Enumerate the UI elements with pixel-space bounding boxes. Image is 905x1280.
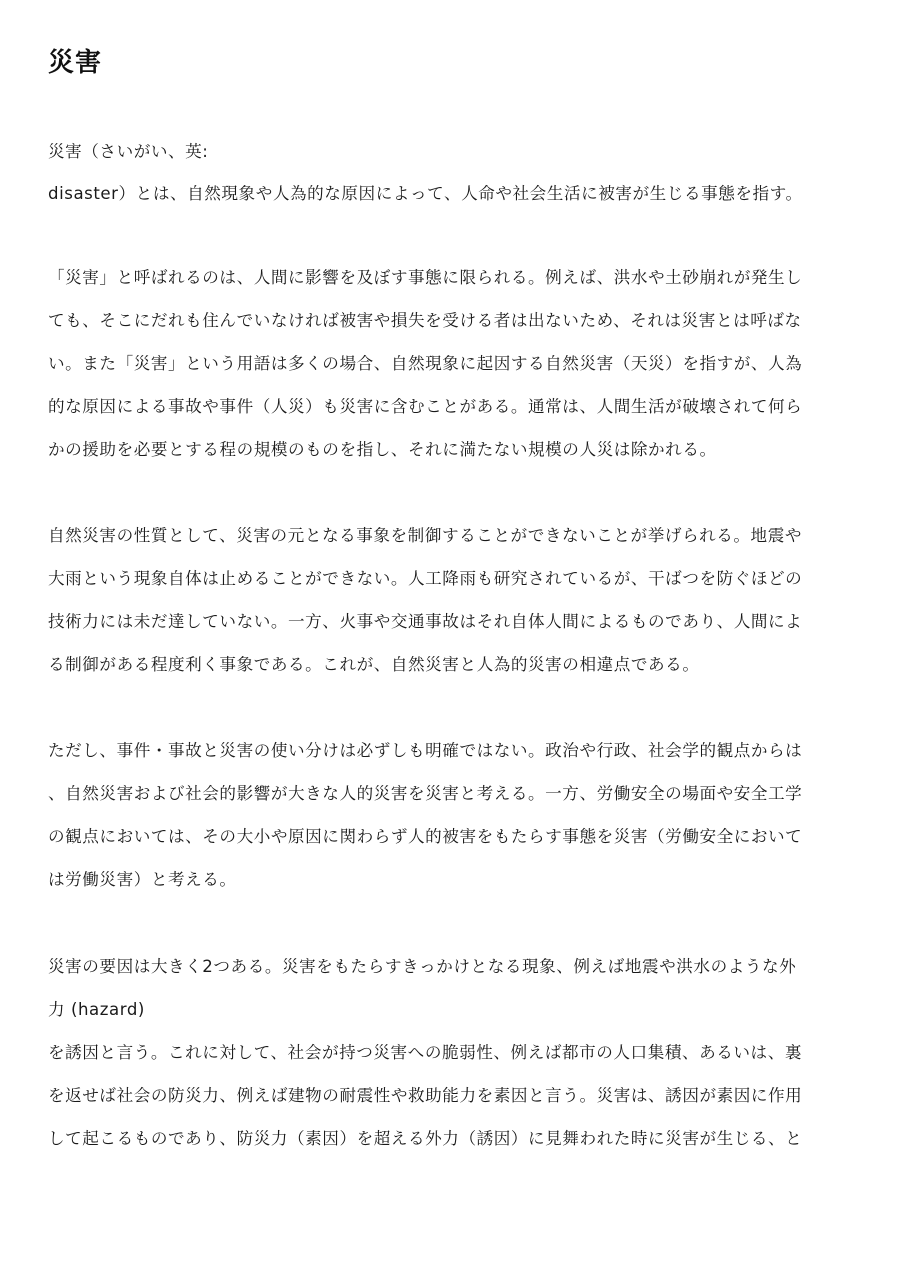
text-line: 自然災害の性質として、災害の元となる事象を制御することができないことが挙げられる…	[48, 524, 802, 548]
text-line: 災害の要因は大きく2つある。災害をもたらすきっかけとなる現象、例えば地震や洪水の…	[48, 955, 796, 979]
document-page: 災害 災害（さいがい、英: disaster）とは、自然現象や人為的な原因によっ…	[0, 0, 905, 1280]
text-line: して起こるものであり、防災力（素因）を超える外力（誘因）に見舞われた時に災害が生…	[48, 1127, 802, 1151]
text-line: を返せば社会の防災力、例えば建物の耐震性や救助能力を素因と言う。災害は、誘因が素…	[48, 1084, 802, 1108]
text-line: ても、そこにだれも住んでいなければ被害や損失を受ける者は出ないため、それは災害と…	[48, 309, 802, 333]
text-line: disaster）とは、自然現象や人為的な原因によって、人命や社会生活に被害が生…	[48, 182, 803, 206]
text-line: かの援助を必要とする程の規模のものを指し、それに満たない規模の人災は除かれる。	[48, 438, 717, 462]
text-line: は労働災害）と考える。	[48, 868, 237, 892]
text-line: 技術力には未だ達していない。一方、火事や交通事故はそれ自体人間によるものであり、…	[48, 610, 802, 634]
text-line: 的な原因による事故や事件（人災）も災害に含むことがある。通常は、人間生活が破壊さ…	[48, 395, 802, 419]
text-line: 、自然災害および社会的影響が大きな人的災害を災害と考える。一方、労働安全の場面や…	[48, 782, 802, 806]
text-line: 力 (hazard)	[48, 998, 145, 1022]
text-line: 大雨という現象自体は止めることができない。人工降雨も研究されているが、干ばつを防…	[48, 567, 802, 591]
text-line: る制御がある程度利く事象である。これが、自然災害と人為的災害の相違点である。	[48, 653, 699, 677]
text-line: い。また「災害」という用語は多くの場合、自然現象に起因する自然災害（天災）を指す…	[48, 352, 802, 376]
text-line: の観点においては、その大小や原因に関わらず人的被害をもたらす事態を災害（労働安全…	[48, 825, 802, 849]
page-title: 災害	[48, 44, 102, 82]
text-line: 災害（さいがい、英:	[48, 140, 208, 164]
text-line: ただし、事件・事故と災害の使い分けは必ずしも明確ではない。政治や行政、社会学的観…	[48, 739, 802, 763]
text-line: を誘因と言う。これに対して、社会が持つ災害への脆弱性、例えば都市の人口集積、ある…	[48, 1041, 802, 1065]
text-line: 「災害」と呼ばれるのは、人間に影響を及ぼす事態に限られる。例えば、洪水や土砂崩れ…	[48, 266, 802, 290]
